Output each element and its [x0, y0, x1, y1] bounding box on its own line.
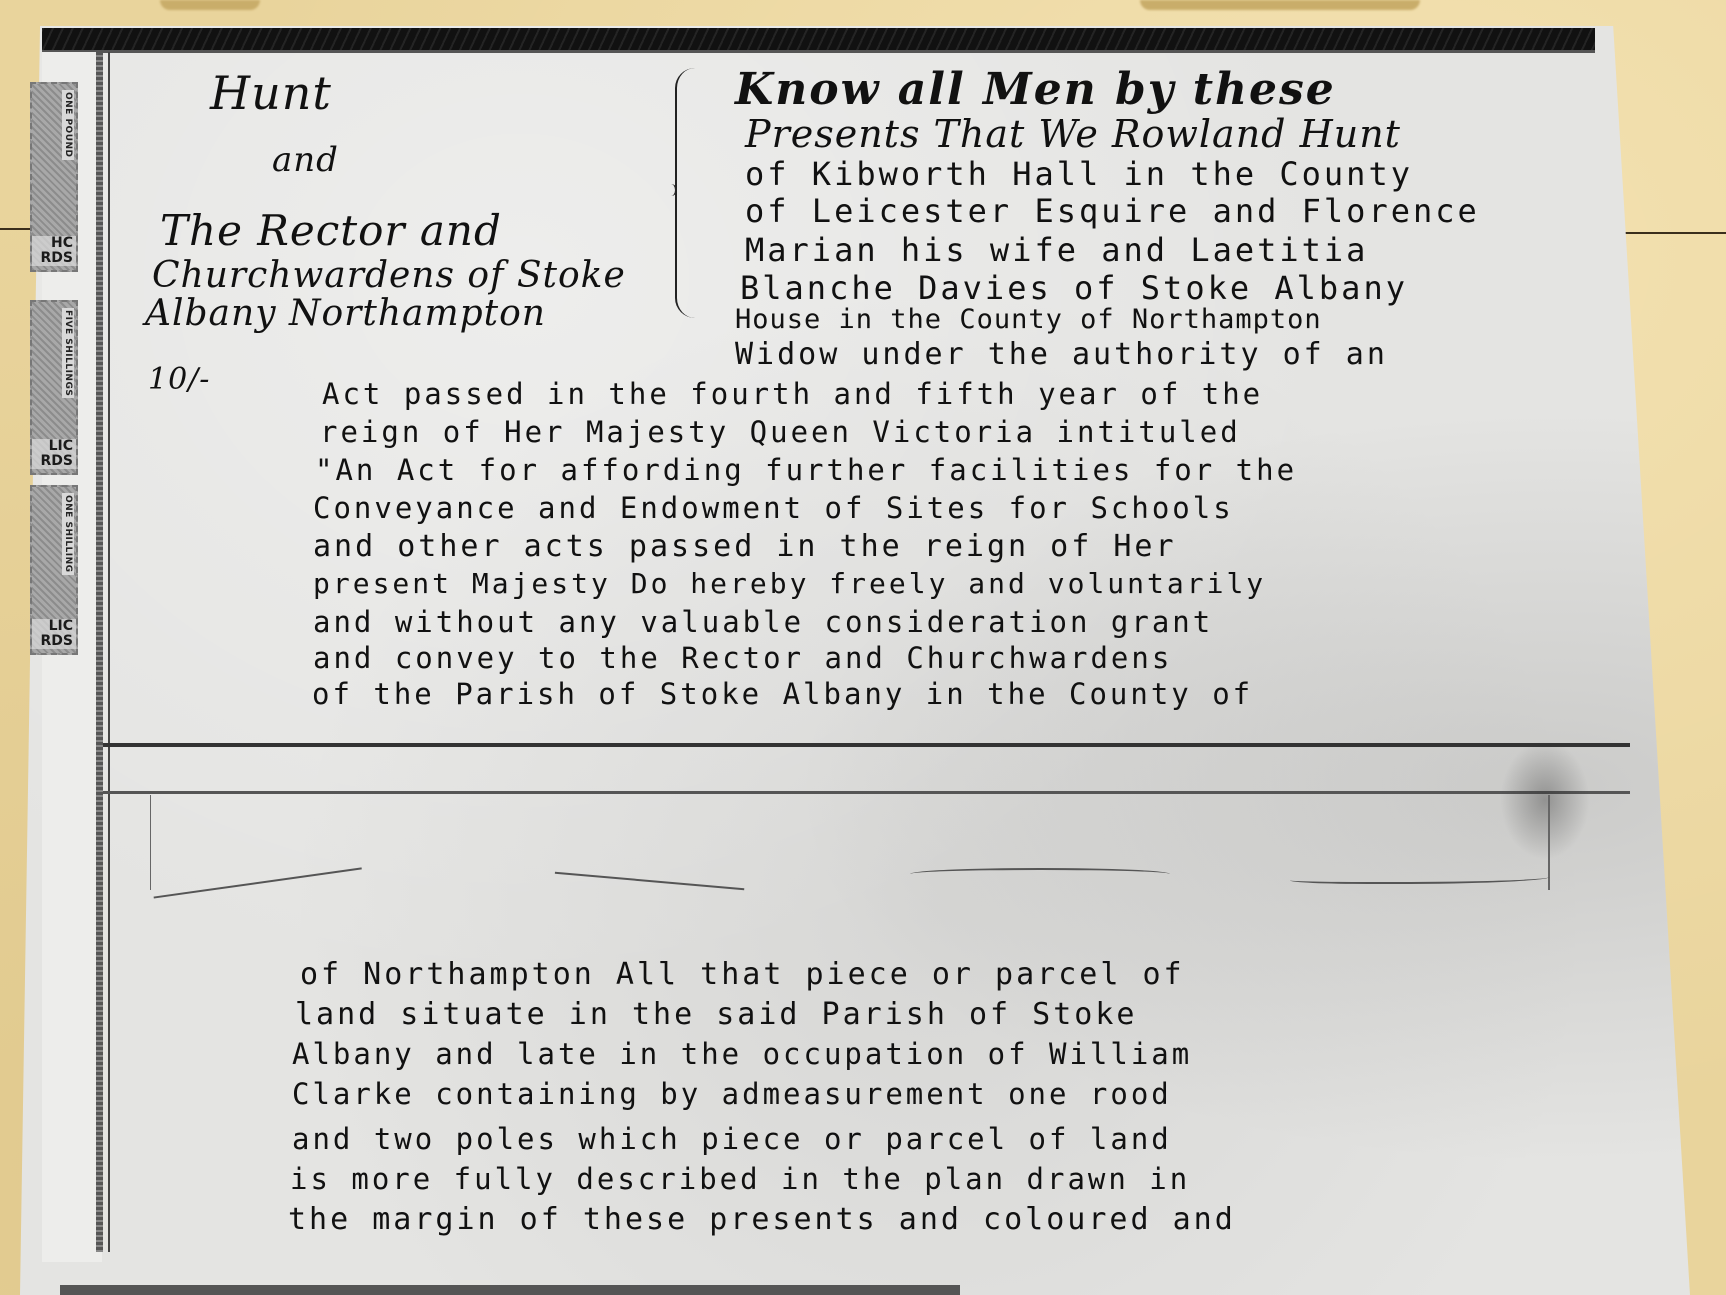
stamp-denomination: ONE SHILLING	[62, 493, 74, 575]
plan-stroke-3	[910, 868, 1170, 880]
folder-tab-shadow-left	[160, 0, 260, 10]
opening-line-3: of Kibworth Hall in the County	[745, 158, 1413, 190]
revenue-stamp-one-pound: ONE POUND HC RDS	[30, 82, 78, 272]
heading-party-hunt: Hunt	[210, 70, 332, 116]
heading-and: and	[272, 143, 339, 177]
opening-line-7: House in the County of Northampton	[735, 306, 1322, 333]
body-line: the margin of these presents and coloure…	[288, 1205, 1236, 1235]
curly-brace	[675, 68, 699, 318]
stamp-caption: LIC RDS	[32, 619, 76, 649]
opening-line-5: Marian his wife and Laetitia	[745, 234, 1368, 266]
fee-note: 10/-	[148, 365, 210, 395]
opening-line-2: Presents That We Rowland Hunt	[745, 115, 1401, 153]
body-line: of the Parish of Stoke Albany in the Cou…	[312, 680, 1253, 709]
opening-line-6: Blanche Davies of Stoke Albany	[740, 272, 1408, 304]
body-line: is more fully described in the plan draw…	[290, 1165, 1190, 1194]
stamp-caption: HC RDS	[32, 236, 76, 266]
scuffed-top-band	[42, 28, 1595, 53]
body-line: of Northampton All that piece or parcel …	[300, 960, 1185, 990]
stamp-denomination: FIVE SHILLINGS	[62, 308, 74, 398]
stamp-caption: LIC RDS	[32, 439, 76, 469]
margin-double-rule-inner	[108, 52, 110, 1252]
body-line: "An Act for affording further facilities…	[315, 456, 1297, 485]
body-line: and without any valuable consideration g…	[313, 608, 1213, 637]
heading-albany-northampton: Albany Northampton	[145, 296, 546, 332]
body-line: reign of Her Majesty Queen Victoria inti…	[320, 418, 1241, 447]
bottom-shadow-edge	[60, 1285, 960, 1295]
ruled-band-line-top	[103, 743, 1630, 747]
body-line: and two poles which piece or parcel of l…	[292, 1125, 1172, 1154]
body-line: present Majesty Do hereby freely and vol…	[313, 570, 1266, 598]
heading-rector: The Rector and	[160, 210, 502, 252]
body-line: land situate in the said Parish of Stoke	[295, 1000, 1137, 1030]
body-line: and convey to the Rector and Churchwarde…	[313, 644, 1172, 673]
body-line: Act passed in the fourth and fifth year …	[322, 380, 1263, 409]
opening-line-4: of Leicester Esquire and Florence	[745, 195, 1480, 227]
body-line: Clarke containing by admeasurement one r…	[292, 1080, 1172, 1109]
folder-tab-shadow-right	[1140, 0, 1420, 10]
body-line: Albany and late in the occupation of Wil…	[292, 1040, 1192, 1069]
revenue-stamp-one-shilling: ONE SHILLING LIC RDS	[30, 485, 78, 655]
heading-churchwardens: Churchwardens of Stoke	[152, 258, 626, 294]
body-line: and other acts passed in the reign of He…	[313, 532, 1177, 562]
opening-know-all-men: Know all Men by these	[735, 68, 1336, 112]
ruled-band-line-bottom	[103, 791, 1630, 794]
stamp-denomination: ONE POUND	[62, 90, 74, 160]
margin-double-rule-outer	[96, 52, 103, 1252]
opening-line-8: Widow under the authority of an	[735, 340, 1388, 370]
revenue-stamp-five-shillings: FIVE SHILLINGS LIC RDS	[30, 300, 78, 475]
body-line: Conveyance and Endowment of Sites for Sc…	[313, 494, 1234, 523]
